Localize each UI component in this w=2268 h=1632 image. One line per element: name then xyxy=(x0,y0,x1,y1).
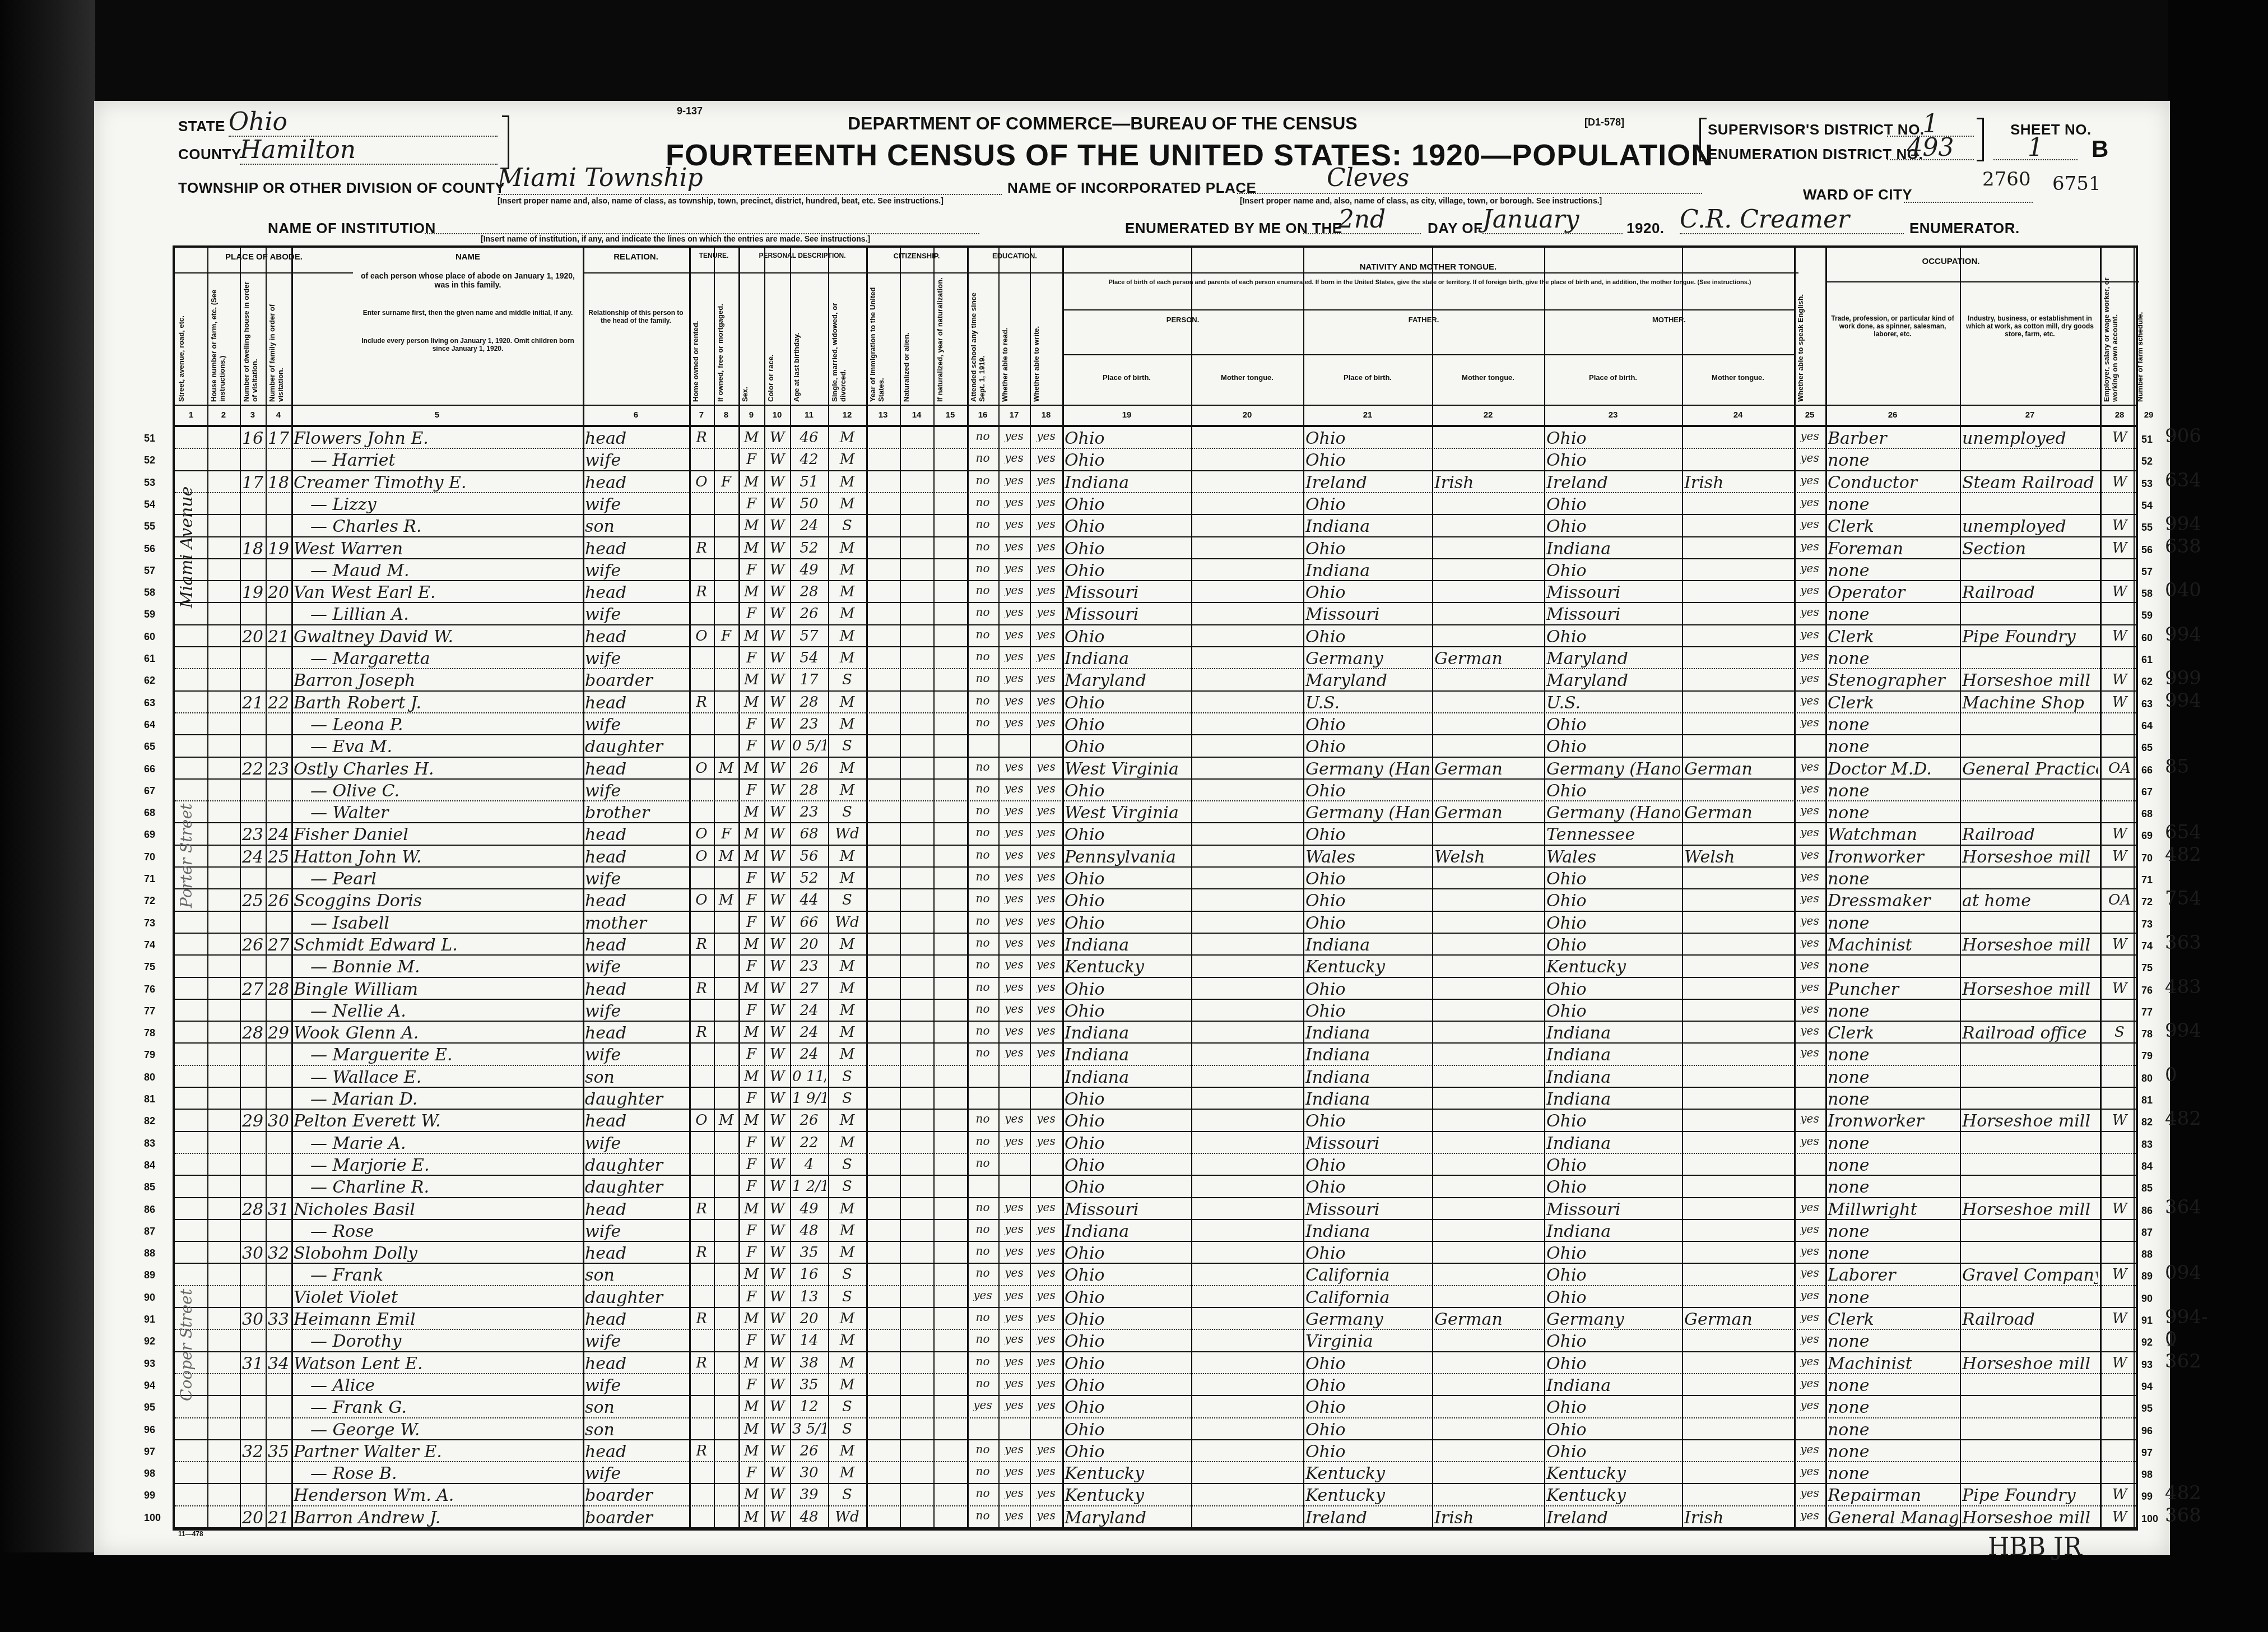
cell-family: 23 xyxy=(268,761,289,778)
cell-industry: Horseshoe mill xyxy=(1962,1202,2098,1218)
cell-occupation: Dressmaker xyxy=(1828,893,1958,910)
cell-f-birth: Kentucky xyxy=(1305,1487,1430,1504)
cell-sex: M xyxy=(741,1356,762,1370)
cell-sex: F xyxy=(741,959,762,973)
cell-read: yes xyxy=(1001,497,1028,508)
row-divider xyxy=(175,580,2136,581)
column-number: 13 xyxy=(866,410,900,420)
line-number-right: 61 xyxy=(2141,654,2153,666)
cell-write: yes xyxy=(1032,981,1060,993)
cell-family: 34 xyxy=(268,1356,289,1373)
cell-occupation: none xyxy=(1828,1422,1958,1439)
cell-school: no xyxy=(969,959,996,970)
cell-class: W xyxy=(2102,1487,2137,1502)
ward-label: WARD OF CITY xyxy=(1803,186,1912,203)
line-number-left: 64 xyxy=(144,719,155,731)
cell-write: yes xyxy=(1032,1202,1060,1213)
cell-write: yes xyxy=(1032,1444,1060,1455)
street-annotation-cooper-street: Cooper Street xyxy=(177,1199,199,1401)
cell-industry: Pipe Foundry xyxy=(1962,1487,2098,1504)
row-divider xyxy=(175,1153,2136,1154)
cell-f-birth: Indiana xyxy=(1305,937,1430,954)
line-number-left: 90 xyxy=(144,1292,155,1304)
line-number-left: 95 xyxy=(144,1402,155,1413)
cell-birth: Ohio xyxy=(1065,827,1189,843)
occupation-code-annotation: 754 xyxy=(2165,887,2201,910)
cell-school: no xyxy=(969,606,996,618)
row-divider xyxy=(175,1219,2136,1220)
cell-industry: Gravel Company xyxy=(1962,1267,2098,1284)
cell-mortgage: F xyxy=(716,475,736,489)
cell-occupation: General Manager xyxy=(1828,1510,1958,1527)
line-number-left: 66 xyxy=(144,763,155,775)
cell-m-birth: Ohio xyxy=(1546,783,1680,800)
cell-name: — Alice xyxy=(294,1378,597,1394)
cell-m-birth: Ohio xyxy=(1546,1113,1680,1130)
group-occupation: OCCUPATION. xyxy=(1828,257,2074,266)
row-divider xyxy=(175,1131,2136,1132)
cell-school: no xyxy=(969,1487,996,1499)
cell-read: yes xyxy=(1001,541,1028,552)
street-annotation-miami-avenue: Miami Avenue xyxy=(177,395,199,608)
cell-class: W xyxy=(2102,541,2137,555)
cell-relation: head xyxy=(585,430,687,447)
cell-sex: M xyxy=(741,805,762,819)
cell-occupation: none xyxy=(1828,1223,1958,1240)
cell-read: yes xyxy=(1001,1245,1028,1257)
cell-m-birth: Ohio xyxy=(1546,1290,1680,1306)
column-header-27: Industry, business, or establishment in … xyxy=(1963,315,2097,338)
cell-name: Fisher Daniel xyxy=(294,827,580,843)
cell-write: yes xyxy=(1032,1290,1060,1301)
cell-race: W xyxy=(766,695,788,710)
cell-name: — Leona P. xyxy=(294,717,597,734)
column-number: 21 xyxy=(1303,410,1432,420)
cell-f-tongue: Welsh xyxy=(1434,849,1542,866)
incorporated-place-value: Cleves xyxy=(1237,164,1702,194)
cell-birth: Ohio xyxy=(1065,1444,1189,1461)
cell-marital: S xyxy=(830,1399,864,1414)
line-number-left: 78 xyxy=(144,1027,155,1039)
cell-dwelling: 26 xyxy=(242,937,263,954)
line-number-left: 81 xyxy=(144,1093,155,1105)
cell-occupation: none xyxy=(1828,606,1958,623)
cell-birth: Indiana xyxy=(1065,1047,1189,1064)
cell-m-birth: Ohio xyxy=(1546,937,1680,954)
cell-occupation: none xyxy=(1828,1135,1958,1152)
bottom-annotation: HBB JR xyxy=(1988,1533,2082,1561)
cell-f-birth: Indiana xyxy=(1305,518,1430,535)
group-education: EDUCATION. xyxy=(967,252,1062,261)
cell-family: 31 xyxy=(268,1202,289,1218)
cell-sex: F xyxy=(741,1378,762,1392)
cell-industry: Horseshoe mill xyxy=(1962,937,2098,954)
column-number: 18 xyxy=(1030,410,1062,420)
cell-sex: M xyxy=(741,849,762,864)
nativity-note: Place of birth of each person and parent… xyxy=(1071,279,1788,286)
cell-birth: Pennsylvania xyxy=(1065,849,1189,866)
cell-name: — Marian D. xyxy=(294,1091,597,1108)
cell-m-birth: Ohio xyxy=(1546,981,1680,998)
cell-english: yes xyxy=(1796,783,1823,794)
line-number-right: 93 xyxy=(2141,1359,2153,1371)
cell-f-birth: Ireland xyxy=(1305,1510,1430,1527)
row-divider xyxy=(175,1021,2136,1022)
cell-relation: daughter xyxy=(585,1290,687,1306)
cell-relation: son xyxy=(585,518,687,535)
cell-m-birth: Missouri xyxy=(1546,1202,1680,1218)
line-number-right: 51 xyxy=(2141,434,2153,446)
cell-write: yes xyxy=(1032,1267,1060,1278)
line-number-right: 82 xyxy=(2141,1116,2153,1128)
cell-family: 29 xyxy=(268,1025,289,1042)
cell-write: yes xyxy=(1032,1333,1060,1344)
cell-race: W xyxy=(766,563,788,577)
cell-birth: Ohio xyxy=(1065,1422,1189,1439)
line-number-right: 64 xyxy=(2141,720,2153,732)
cell-f-birth: Ohio xyxy=(1305,452,1430,469)
cell-marital: M xyxy=(830,1113,864,1128)
cell-f-birth: Ohio xyxy=(1305,915,1430,932)
cell-write: yes xyxy=(1032,673,1060,684)
nativity-person: PERSON. xyxy=(1062,316,1303,324)
cell-read: yes xyxy=(1001,475,1028,486)
cell-sex: M xyxy=(741,1487,762,1502)
cell-age: 1 9/12 xyxy=(792,1091,826,1106)
cell-m-birth: Kentucky xyxy=(1546,959,1680,976)
cell-f-birth: Kentucky xyxy=(1305,1466,1430,1482)
line-number-right: 60 xyxy=(2141,632,2153,644)
line-number-right: 95 xyxy=(2141,1403,2153,1415)
cell-tenure: R xyxy=(691,430,712,445)
relation-note: Relationship of this person to the head … xyxy=(583,309,689,325)
cell-name: — Marguerite E. xyxy=(294,1047,597,1064)
cell-industry: Railroad xyxy=(1962,827,2098,843)
incorporated-place-label: NAME OF INCORPORATED PLACE xyxy=(1007,179,1256,197)
cell-age: 4 xyxy=(792,1157,826,1172)
row-divider xyxy=(175,1197,2136,1198)
cell-m-birth: Ohio xyxy=(1546,1444,1680,1461)
cell-birth: Missouri xyxy=(1065,1202,1189,1218)
scan-border-left xyxy=(0,0,95,1632)
occupation-code-annotation: 482 xyxy=(2165,1482,2201,1504)
cell-relation: head xyxy=(585,893,687,910)
cell-age: 0 11/12 xyxy=(792,1069,826,1084)
row-divider xyxy=(175,448,2136,449)
column-header-23: Place of birth. xyxy=(1544,374,1682,382)
line-number-right: 84 xyxy=(2141,1161,2153,1172)
cell-marital: M xyxy=(830,651,864,665)
line-number-right: 98 xyxy=(2141,1469,2153,1481)
cell-m-birth: Ohio xyxy=(1546,1356,1680,1373)
line-number-left: 62 xyxy=(144,675,155,687)
cell-school: no xyxy=(969,849,996,860)
cell-age: 52 xyxy=(792,541,826,555)
cell-english: yes xyxy=(1796,1003,1823,1014)
line-number-right: 87 xyxy=(2141,1227,2153,1239)
bracket-right xyxy=(1977,118,1984,161)
cell-race: W xyxy=(766,1510,788,1524)
cell-sex: F xyxy=(741,606,762,621)
cell-occupation: none xyxy=(1828,717,1958,734)
cell-occupation: none xyxy=(1828,563,1958,579)
cell-name: Scoggins Doris xyxy=(294,893,580,910)
cell-family: 28 xyxy=(268,981,289,998)
cell-age: 26 xyxy=(792,1113,826,1128)
cell-age: 56 xyxy=(792,849,826,864)
cell-school: no xyxy=(969,1047,996,1058)
cell-dwelling: 25 xyxy=(242,893,263,910)
cell-marital: M xyxy=(830,981,864,996)
line-number-left: 57 xyxy=(144,565,155,577)
cell-race: W xyxy=(766,915,788,930)
cell-name: — Walter xyxy=(294,805,597,822)
cell-age: 28 xyxy=(792,695,826,710)
cell-class: W xyxy=(2102,518,2137,533)
line-number-left: 97 xyxy=(144,1446,155,1458)
cell-relation: wife xyxy=(585,651,687,667)
cell-f-tongue: Irish xyxy=(1434,475,1542,492)
occupation-code-annotation: 85 xyxy=(2165,755,2189,778)
line-number-left: 87 xyxy=(144,1226,155,1237)
cell-tenure: O xyxy=(691,893,712,907)
column-header-1: Street, avenue, road, etc. xyxy=(177,276,205,402)
cell-read: yes xyxy=(1001,827,1028,838)
cell-occupation: Repairman xyxy=(1828,1487,1958,1504)
cell-marital: M xyxy=(830,452,864,467)
cell-family: 20 xyxy=(268,585,289,601)
line-number-left: 58 xyxy=(144,587,155,599)
cell-f-birth: Wales xyxy=(1305,849,1430,866)
cell-sex: M xyxy=(741,1267,762,1282)
cell-tenure: R xyxy=(691,1025,712,1040)
header-divider xyxy=(583,272,1798,273)
cell-race: W xyxy=(766,1487,788,1502)
cell-m-tongue: German xyxy=(1684,761,1792,778)
cell-marital: M xyxy=(830,629,864,643)
cell-relation: wife xyxy=(585,1223,687,1240)
cell-marital: S xyxy=(830,1290,864,1304)
line-number-right: 91 xyxy=(2141,1315,2153,1327)
line-number-left: 68 xyxy=(144,807,155,819)
cell-read: yes xyxy=(1001,1444,1028,1455)
cell-relation: head xyxy=(585,1025,687,1042)
occupation-code-annotation: 483 xyxy=(2165,976,2201,998)
cell-school: no xyxy=(969,651,996,662)
cell-relation: son xyxy=(585,1422,687,1439)
cell-name: Van West Earl E. xyxy=(294,585,580,601)
line-number-right: 88 xyxy=(2141,1249,2153,1260)
cell-english: yes xyxy=(1796,1290,1823,1301)
cell-birth: Ohio xyxy=(1065,452,1189,469)
line-number-right: 63 xyxy=(2141,698,2153,710)
cell-age: 26 xyxy=(792,606,826,621)
row-divider xyxy=(175,757,2136,758)
cell-age: 1 2/12 xyxy=(792,1179,826,1194)
cell-race: W xyxy=(766,937,788,952)
cell-occupation: Stenographer xyxy=(1828,673,1958,689)
cell-age: 50 xyxy=(792,497,826,511)
cell-sex: F xyxy=(741,1157,762,1172)
cell-sex: F xyxy=(741,1245,762,1260)
cell-read: yes xyxy=(1001,849,1028,860)
row-divider xyxy=(175,778,2136,780)
column-number: 5 xyxy=(291,410,583,420)
cell-english: yes xyxy=(1796,673,1823,684)
cell-name: Wook Glenn A. xyxy=(294,1025,580,1042)
cell-marital: Wd xyxy=(830,915,864,930)
cell-age: 20 xyxy=(792,937,826,952)
row-divider xyxy=(175,1175,2136,1176)
cell-f-birth: Maryland xyxy=(1305,673,1430,689)
cell-english: yes xyxy=(1796,1487,1823,1499)
cell-dwelling: 30 xyxy=(242,1245,263,1262)
cell-school: no xyxy=(969,1356,996,1367)
occupation-code-annotation: 906 xyxy=(2165,425,2201,447)
cell-age: 46 xyxy=(792,430,826,445)
group-place-of-abode: PLACE OF ABODE. xyxy=(175,252,353,262)
cell-english: yes xyxy=(1796,475,1823,486)
column-number: 27 xyxy=(1960,410,2100,420)
cell-occupation: none xyxy=(1828,805,1958,822)
line-number-right: 90 xyxy=(2141,1293,2153,1305)
cell-f-birth: Ohio xyxy=(1305,1157,1430,1174)
cell-race: W xyxy=(766,1135,788,1150)
cell-m-birth: Indiana xyxy=(1546,1025,1680,1042)
cell-name: — Isabell xyxy=(294,915,597,932)
line-number-left: 86 xyxy=(144,1204,155,1216)
occupation-code-annotation: 634 xyxy=(2165,469,2201,492)
cell-m-birth: Germany xyxy=(1546,1311,1680,1328)
cell-f-birth: Germany (Hanover) xyxy=(1305,805,1430,822)
column-number: 15 xyxy=(933,410,967,420)
cell-marital: M xyxy=(830,783,864,798)
cell-birth: Maryland xyxy=(1065,673,1189,689)
cell-m-birth: Kentucky xyxy=(1546,1487,1680,1504)
cell-marital: S xyxy=(830,1069,864,1084)
cell-class: W xyxy=(2102,430,2137,445)
cell-tenure: O xyxy=(691,629,712,643)
footer-code: 11—478 xyxy=(178,1530,203,1538)
line-number-right: 57 xyxy=(2141,566,2153,578)
cell-write: yes xyxy=(1032,606,1060,618)
cell-occupation: Watchman xyxy=(1828,827,1958,843)
cell-read: yes xyxy=(1001,1311,1028,1323)
cell-marital: S xyxy=(830,1091,864,1106)
cell-birth: Missouri xyxy=(1065,585,1189,601)
cell-relation: head xyxy=(585,849,687,866)
line-number-left: 67 xyxy=(144,785,155,797)
line-number-left: 65 xyxy=(144,741,155,753)
enumerated-month: January xyxy=(1482,205,1623,234)
header-divider xyxy=(1825,281,2139,282)
cell-marital: M xyxy=(830,541,864,555)
line-number-right: 76 xyxy=(2141,985,2153,996)
line-number-left: 52 xyxy=(144,455,155,466)
county-value: Hamilton xyxy=(240,136,498,165)
line-number-left: 91 xyxy=(144,1314,155,1325)
cell-write: yes xyxy=(1032,805,1060,816)
column-header-15: If naturalized, year of naturalization. xyxy=(936,276,965,402)
bracket xyxy=(502,115,509,169)
cell-school: no xyxy=(969,563,996,574)
cell-marital: M xyxy=(830,1311,864,1326)
cell-class: W xyxy=(2102,585,2137,599)
row-divider xyxy=(175,1087,2136,1088)
group-name: NAME xyxy=(353,252,583,262)
cell-write: yes xyxy=(1032,893,1060,904)
cell-write: yes xyxy=(1032,629,1060,640)
cell-marital: S xyxy=(830,1157,864,1172)
column-header-3: Number of dwelling house in order of vis… xyxy=(242,276,263,402)
cell-sex: M xyxy=(741,937,762,952)
cell-sex: M xyxy=(741,673,762,687)
ward-annotation: 2760 xyxy=(1982,168,2031,191)
cell-name: — Maud M. xyxy=(294,563,597,579)
cell-birth: Indiana xyxy=(1065,1223,1189,1240)
cell-school: yes xyxy=(969,1399,996,1411)
cell-relation: wife xyxy=(585,1047,687,1064)
cell-write: yes xyxy=(1032,497,1060,508)
line-number-left: 69 xyxy=(144,829,155,841)
column-number: 25 xyxy=(1794,410,1825,420)
cell-birth: Ohio xyxy=(1065,1113,1189,1130)
cell-marital: Wd xyxy=(830,827,864,841)
cell-relation: head xyxy=(585,827,687,843)
cell-f-birth: Missouri xyxy=(1305,1202,1430,1218)
column-header-18: Whether able to write. xyxy=(1032,276,1060,402)
cell-name: — Charles R. xyxy=(294,518,597,535)
line-number-left: 75 xyxy=(144,961,155,973)
cell-birth: Ohio xyxy=(1065,871,1189,888)
occupation-code-annotation: 654 xyxy=(2165,821,2201,843)
cell-name: — Olive C. xyxy=(294,783,597,800)
cell-write: yes xyxy=(1032,1223,1060,1235)
cell-school: no xyxy=(969,1311,996,1323)
cell-name: — Charline R. xyxy=(294,1179,597,1196)
cell-marital: M xyxy=(830,959,864,973)
column-number: 16 xyxy=(967,410,998,420)
cell-tenure: R xyxy=(691,541,712,555)
cell-relation: wife xyxy=(585,1466,687,1482)
cell-family: 18 xyxy=(268,475,289,492)
cell-marital: M xyxy=(830,937,864,952)
cell-tenure: R xyxy=(691,1202,712,1216)
cell-occupation: Clerk xyxy=(1828,1311,1958,1328)
cell-relation: head xyxy=(585,629,687,646)
cell-f-birth: Ohio xyxy=(1305,497,1430,513)
cell-family: 32 xyxy=(268,1245,289,1262)
cell-race: W xyxy=(766,1245,788,1260)
cell-read: yes xyxy=(1001,695,1028,706)
cell-birth: Ohio xyxy=(1065,695,1189,712)
cell-marital: S xyxy=(830,893,864,907)
column-number: 4 xyxy=(266,410,291,420)
cell-write: yes xyxy=(1032,541,1060,552)
cell-f-birth: Indiana xyxy=(1305,1047,1430,1064)
cell-sex: F xyxy=(741,1466,762,1480)
cell-read: yes xyxy=(1001,1223,1028,1235)
cell-marital: M xyxy=(830,1444,864,1458)
cell-read: yes xyxy=(1001,937,1028,948)
line-number-right: 68 xyxy=(2141,808,2153,820)
cell-read: yes xyxy=(1001,1267,1028,1278)
row-divider xyxy=(175,1042,2136,1044)
cell-f-birth: Indiana xyxy=(1305,1069,1430,1086)
cell-m-birth: Wales xyxy=(1546,849,1680,866)
occupation-code-annotation: 368 xyxy=(2165,1504,2201,1527)
cell-sex: M xyxy=(741,827,762,841)
